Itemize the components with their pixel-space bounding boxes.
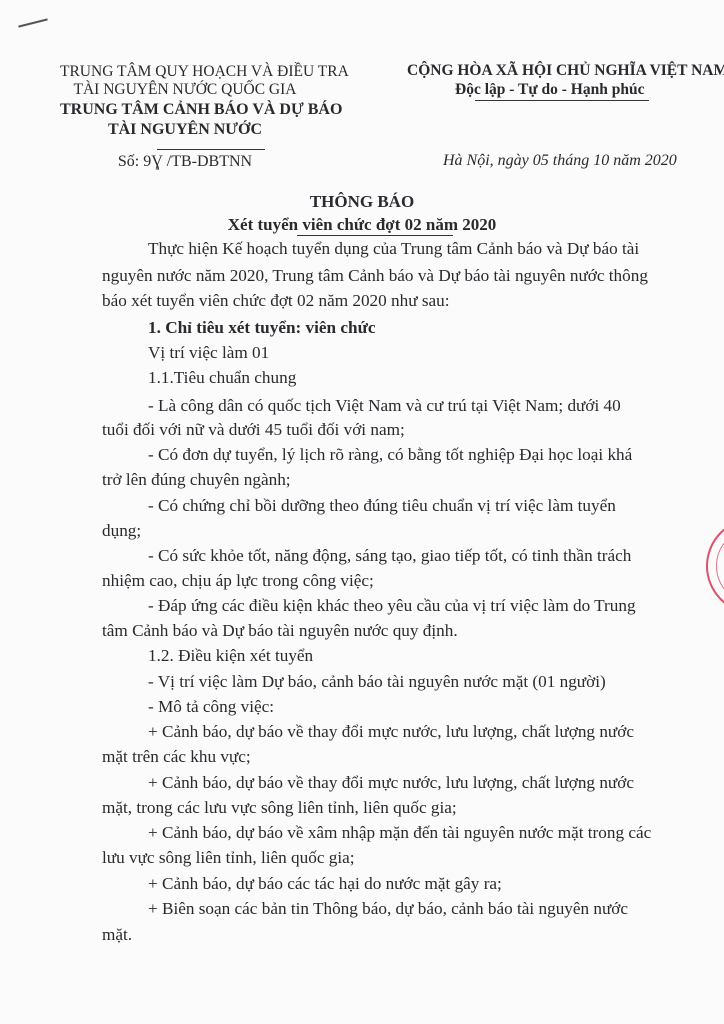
subtitle-underline bbox=[297, 235, 453, 236]
body-line: Vị trí việc làm 01 bbox=[148, 343, 269, 363]
body-line: mặt trên các khu vực; bbox=[102, 747, 251, 767]
body-line: 1.1.Tiêu chuẩn chung bbox=[148, 368, 296, 388]
motto-underline bbox=[475, 100, 649, 101]
org-name-line2: TÀI NGUYÊN NƯỚC bbox=[60, 120, 310, 139]
pen-mark bbox=[18, 18, 48, 27]
body-line: mặt, trong các lưu vực sông liên tỉnh, l… bbox=[102, 798, 457, 818]
body-line: dụng; bbox=[102, 521, 141, 541]
notice-title: THÔNG BÁO bbox=[0, 192, 724, 212]
notice-subtitle: Xét tuyển viên chức đợt 02 năm 2020 bbox=[0, 215, 724, 235]
body-line: Thực hiện Kế hoạch tuyển dụng của Trung … bbox=[148, 239, 639, 259]
nation-title: CỘNG HÒA XÃ HỘI CHỦ NGHĨA VIỆT NAM bbox=[407, 61, 724, 80]
body-line: trở lên đúng chuyên ngành; bbox=[102, 470, 291, 490]
body-line: - Có sức khỏe tốt, năng động, sáng tạo, … bbox=[148, 546, 631, 566]
body-line: tuổi đối với nữ và dưới 45 tuổi đối với … bbox=[102, 420, 405, 440]
body-line: - Mô tả công việc: bbox=[148, 697, 274, 717]
body-line: lưu vực sông liên tỉnh, liên quốc gia; bbox=[102, 848, 355, 868]
org-name-line1: TRUNG TÂM CẢNH BÁO VÀ DỰ BÁO bbox=[60, 100, 310, 119]
parent-org-line2: TÀI NGUYÊN NƯỚC QUỐC GIA bbox=[60, 80, 310, 99]
body-line: + Biên soạn các bản tin Thông báo, dự bá… bbox=[148, 899, 628, 919]
body-line: tâm Cảnh báo và Dự báo tài nguyên nước q… bbox=[102, 621, 458, 641]
parent-org-line1: TRUNG TÂM QUY HOẠCH VÀ ĐIỀU TRA bbox=[60, 62, 310, 81]
body-line: báo xét tuyển viên chức đợt 02 năm 2020 … bbox=[102, 291, 450, 311]
red-seal-stamp bbox=[706, 518, 724, 614]
body-line: nhiệm cao, chịu áp lực trong công việc; bbox=[102, 571, 374, 591]
body-line: + Cảnh báo, dự báo về xâm nhập mặn đến t… bbox=[148, 823, 651, 843]
body-line: nguyên nước năm 2020, Trung tâm Cảnh báo… bbox=[102, 266, 648, 286]
body-line: - Là công dân có quốc tịch Việt Nam và c… bbox=[148, 396, 621, 416]
body-line: - Có đơn dự tuyển, lý lịch rõ ràng, có b… bbox=[148, 445, 632, 465]
body-line: - Vị trí việc làm Dự báo, cảnh báo tài n… bbox=[148, 672, 606, 692]
motto: Độc lập - Tự do - Hạnh phúc bbox=[455, 80, 644, 99]
body-line: + Cảnh báo, dự báo về thay đổi mực nước,… bbox=[148, 722, 634, 742]
body-line: - Có chứng chỉ bồi dưỡng theo đúng tiêu … bbox=[148, 496, 616, 516]
org-underline bbox=[157, 149, 265, 150]
document-number: Số: 9Ɣ /TB-DBTNN bbox=[60, 152, 310, 171]
place-date: Hà Nội, ngày 05 tháng 10 năm 2020 bbox=[443, 152, 677, 170]
section-heading: 1. Chỉ tiêu xét tuyển: viên chức bbox=[148, 318, 376, 338]
body-line: + Cảnh báo, dự báo các tác hại do nước m… bbox=[148, 874, 502, 894]
document-page: TRUNG TÂM QUY HOẠCH VÀ ĐIỀU TRA TÀI NGUY… bbox=[0, 0, 724, 1024]
body-line: 1.2. Điều kiện xét tuyển bbox=[148, 646, 313, 666]
body-line: mặt. bbox=[102, 925, 132, 945]
body-line: - Đáp ứng các điều kiện khác theo yêu cầ… bbox=[148, 596, 636, 616]
body-line: + Cảnh báo, dự báo về thay đổi mực nước,… bbox=[148, 773, 634, 793]
